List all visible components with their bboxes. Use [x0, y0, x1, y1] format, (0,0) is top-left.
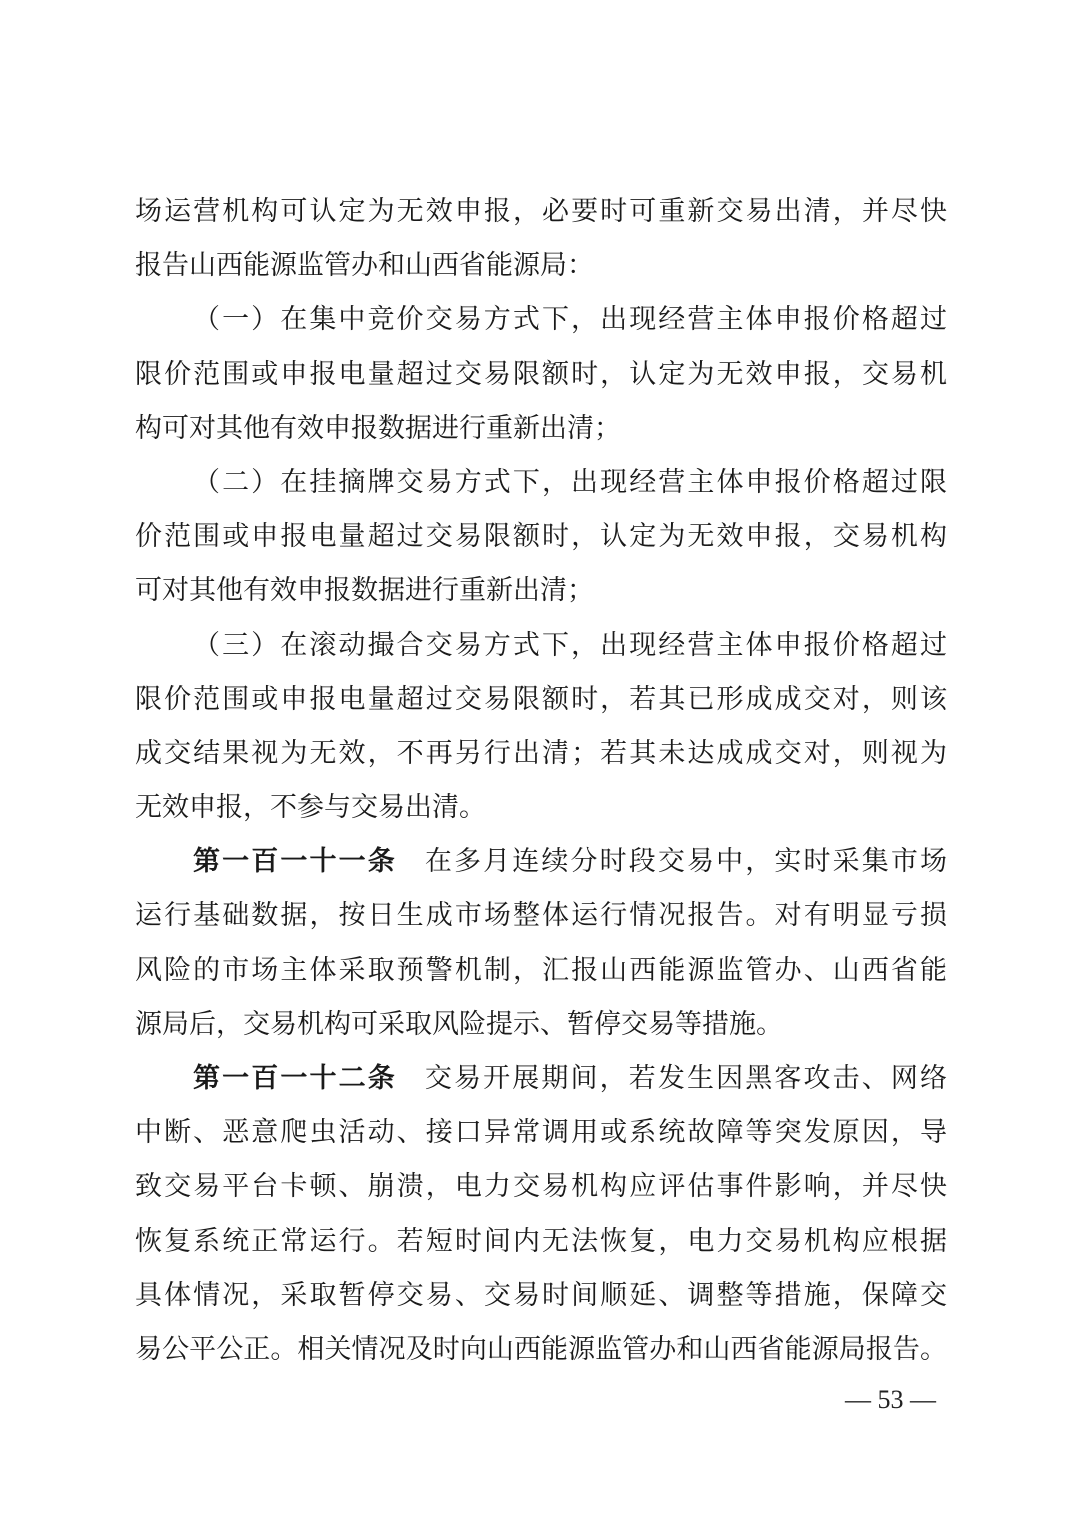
- text-line: 成交结果视为无效，不再另行出清；若其未达成成交对，则视为: [135, 732, 947, 786]
- clause-item-1: （一）在集中竞价交易方式下，出现经营主体申报价格超过: [135, 298, 947, 352]
- body-text: 场运营机构可认定为无效申报，必要时可重新交易出清，并尽快 报告山西能源监管办和山…: [135, 190, 947, 1382]
- article-text: 交易开展期间，若发生因黑客攻击、网络: [425, 1063, 947, 1094]
- article-heading: 第一百一十一条: [193, 846, 397, 877]
- text-line: 可对其他有效申报数据进行重新出清；: [135, 569, 947, 623]
- article-111: 第一百一十一条在多月连续分时段交易中，实时采集市场: [135, 840, 947, 894]
- text-line: 源局后，交易机构可采取风险提示、暂停交易等措施。: [135, 1003, 947, 1057]
- text-line: 易公平公正。相关情况及时向山西能源监管办和山西省能源局报告。: [135, 1328, 947, 1382]
- text-line: 价范围或申报电量超过交易限额时，认定为无效申报，交易机构: [135, 515, 947, 569]
- text-line: 风险的市场主体采取预警机制，汇报山西能源监管办、山西省能: [135, 949, 947, 1003]
- text-line: 限价范围或申报电量超过交易限额时，若其已形成成交对，则该: [135, 678, 947, 732]
- text-line: 致交易平台卡顿、崩溃，电力交易机构应评估事件影响，并尽快: [135, 1165, 947, 1219]
- text-line: 构可对其他有效申报数据进行重新出清；: [135, 407, 947, 461]
- document-page: 场运营机构可认定为无效申报，必要时可重新交易出清，并尽快 报告山西能源监管办和山…: [0, 0, 1080, 1527]
- article-heading: 第一百一十二条: [193, 1063, 397, 1094]
- article-112: 第一百一十二条交易开展期间，若发生因黑客攻击、网络: [135, 1057, 947, 1111]
- text-line: 场运营机构可认定为无效申报，必要时可重新交易出清，并尽快: [135, 190, 947, 244]
- text-line: 具体情况，采取暂停交易、交易时间顺延、调整等措施，保障交: [135, 1274, 947, 1328]
- text-line: 运行基础数据，按日生成市场整体运行情况报告。对有明显亏损: [135, 894, 947, 948]
- clause-item-3: （三）在滚动撮合交易方式下，出现经营主体申报价格超过: [135, 624, 947, 678]
- text-line: 恢复系统正常运行。若短时间内无法恢复，电力交易机构应根据: [135, 1220, 947, 1274]
- clause-item-2: （二）在挂摘牌交易方式下，出现经营主体申报价格超过限: [135, 461, 947, 515]
- article-text: 在多月连续分时段交易中，实时采集市场: [425, 846, 947, 877]
- text-line: 中断、恶意爬虫活动、接口异常调用或系统故障等突发原因，导: [135, 1111, 947, 1165]
- text-line: 限价范围或申报电量超过交易限额时，认定为无效申报，交易机: [135, 353, 947, 407]
- page-number: — 53 —: [845, 1385, 955, 1415]
- text-line: 报告山西能源监管办和山西省能源局：: [135, 244, 947, 298]
- text-line: 无效申报，不参与交易出清。: [135, 786, 947, 840]
